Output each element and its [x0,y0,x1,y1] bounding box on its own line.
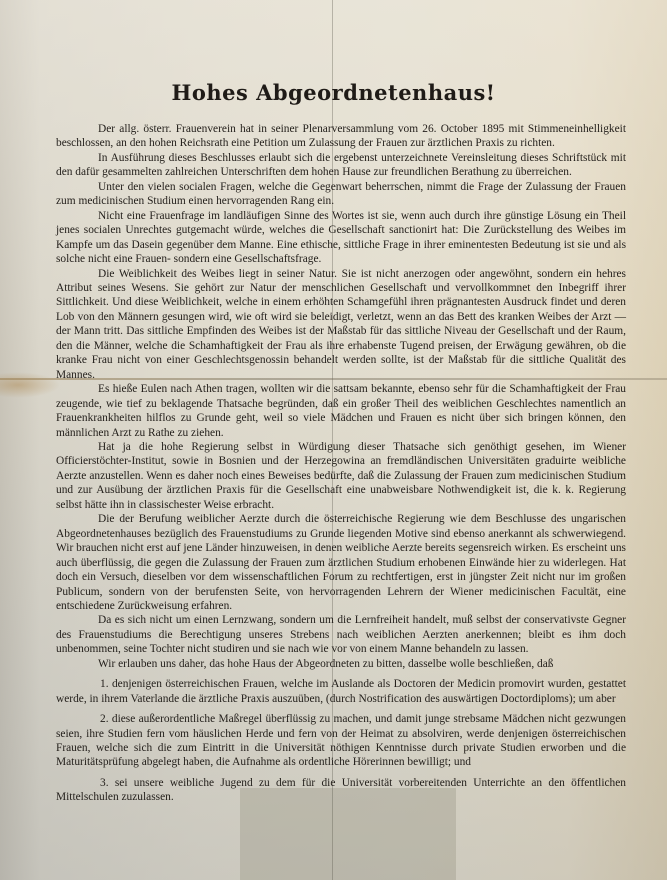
paragraph-eulen-nach-athen: Es hieße Eulen nach Athen tragen, wollte… [56,382,626,440]
paragraph-resolution-1895: Der allg. österr. Frauenverein hat in se… [56,122,626,151]
paragraph-motives: Die der Berufung weiblicher Aerzte durch… [56,512,626,613]
paragraph-request: Wir erlauben uns daher, das hohe Haus de… [56,657,626,671]
resolution-item-3: 3. sei unsere weibliche Jugend zu dem fü… [56,776,626,805]
document-title: Hohes Abgeordnetenhaus! [0,80,667,105]
petition-body: Der allg. österr. Frauenverein hat in se… [56,122,626,805]
paragraph-society-question: Nicht eine Frauenfrage im landläufigen S… [56,209,626,267]
paragraph-social-question: Unter den vielen socialen Fragen, welche… [56,180,626,209]
paragraph-submission: In Ausführung dieses Beschlusses erlaubt… [56,151,626,180]
resolution-item-1: 1. denjenigen österreichischen Frauen, w… [56,677,626,706]
paragraph-government: Hat ja die hohe Regierung selbst in Würd… [56,440,626,512]
resolution-item-2: 2. diese außerordentliche Maßregel überf… [56,712,626,770]
paragraph-femininity: Die Weiblichkeit des Weibes liegt in sei… [56,267,626,383]
paragraph-lernfreiheit: Da es sich nicht um einen Lernzwang, son… [56,613,626,656]
paper-stain [0,372,60,398]
